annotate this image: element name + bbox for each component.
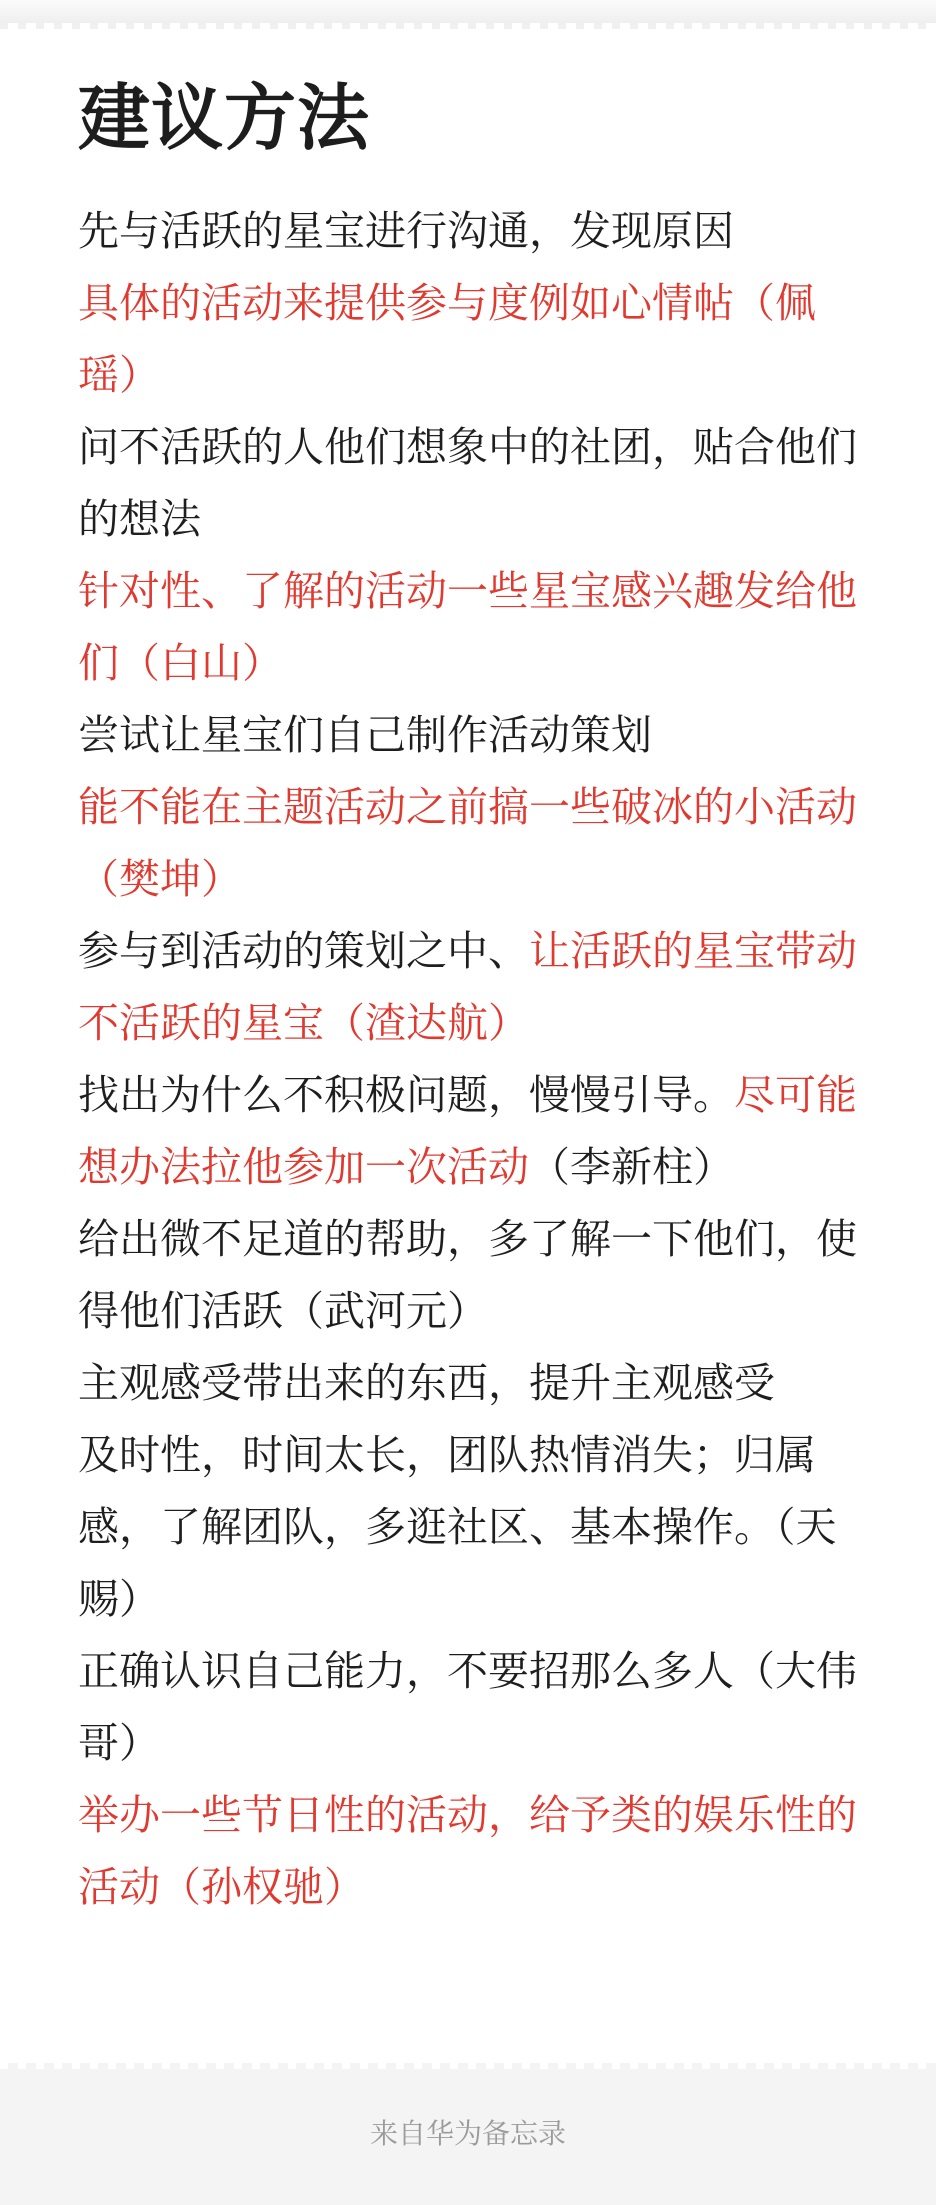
note-paragraph: 举办一些节日性的活动，给予类的娱乐性的活动（孙权驰）	[78, 1779, 858, 1923]
text-segment: 找出为什么不积极问题，慢慢引导。	[78, 1072, 734, 1118]
note-paragraph: 主观感受带出来的东西，提升主观感受	[78, 1347, 858, 1419]
note-title: 建议方法	[78, 83, 858, 155]
text-segment: 参与到活动的策划之中、	[78, 928, 529, 974]
note-paragraph: 问不活跃的人他们想象中的社团，贴合他们的想法	[78, 411, 858, 555]
note-paragraph: 及时性，时间太长，团队热情消失；归属感，了解团队，多逛社区、基本操作。（天赐）	[78, 1419, 858, 1635]
note-paragraph: 具体的活动来提供参与度例如心情帖（佩瑶）	[78, 267, 858, 411]
text-segment: 具体的活动来提供参与度例如心情帖（佩瑶）	[78, 280, 816, 398]
note-paragraph: 能不能在主题活动之前搞一些破冰的小活动（樊坤）	[78, 771, 858, 915]
note-paragraph: 给出微不足道的帮助，多了解一下他们，使得他们活跃（武河元）	[78, 1203, 858, 1347]
note-paragraph: 参与到活动的策划之中、让活跃的星宝带动不活跃的星宝（渣达航）	[78, 915, 858, 1059]
card-torn-edge-bottom	[0, 2063, 936, 2069]
note-paragraph: 针对性、了解的活动一些星宝感兴趣发给他们（白山）	[78, 555, 858, 699]
note-paragraph: 正确认识自己能力，不要招那么多人（大伟哥）	[78, 1635, 858, 1779]
text-segment: 正确认识自己能力，不要招那么多人（大伟哥）	[78, 1648, 857, 1766]
text-segment: 能不能在主题活动之前搞一些破冰的小活动（樊坤）	[78, 784, 857, 902]
note-paragraph: 找出为什么不积极问题，慢慢引导。尽可能想办法拉他参加一次活动（李新柱）	[78, 1059, 858, 1203]
note-paragraph: 尝试让星宝们自己制作活动策划	[78, 699, 858, 771]
text-segment: 举办一些节日性的活动，给予类的娱乐性的活动（孙权驰）	[78, 1792, 857, 1910]
text-segment: 主观感受带出来的东西，提升主观感受	[78, 1360, 775, 1406]
note-paragraph: 先与活跃的星宝进行沟通，发现原因	[78, 195, 858, 267]
text-segment: 先与活跃的星宝进行沟通，发现原因	[78, 208, 734, 254]
background-band-top	[0, 0, 936, 23]
text-segment: 给出微不足道的帮助，多了解一下他们，使得他们活跃（武河元）	[78, 1216, 857, 1334]
text-segment: 尝试让星宝们自己制作活动策划	[78, 712, 652, 758]
text-segment: 问不活跃的人他们想象中的社团，贴合他们的想法	[78, 424, 857, 542]
text-segment: 针对性、了解的活动一些星宝感兴趣发给他们（白山）	[78, 568, 857, 686]
note-card: 建议方法 先与活跃的星宝进行沟通，发现原因具体的活动来提供参与度例如心情帖（佩瑶…	[0, 29, 936, 2063]
text-segment: 及时性，时间太长，团队热情消失；归属感，了解团队，多逛社区、基本操作。（天赐）	[78, 1432, 837, 1622]
note-body: 先与活跃的星宝进行沟通，发现原因具体的活动来提供参与度例如心情帖（佩瑶）问不活跃…	[78, 195, 858, 1923]
source-attribution: 来自华为备忘录	[0, 2114, 936, 2154]
text-segment: （李新柱）	[529, 1144, 734, 1190]
memo-share-page: 建议方法 先与活跃的星宝进行沟通，发现原因具体的活动来提供参与度例如心情帖（佩瑶…	[0, 0, 936, 2205]
